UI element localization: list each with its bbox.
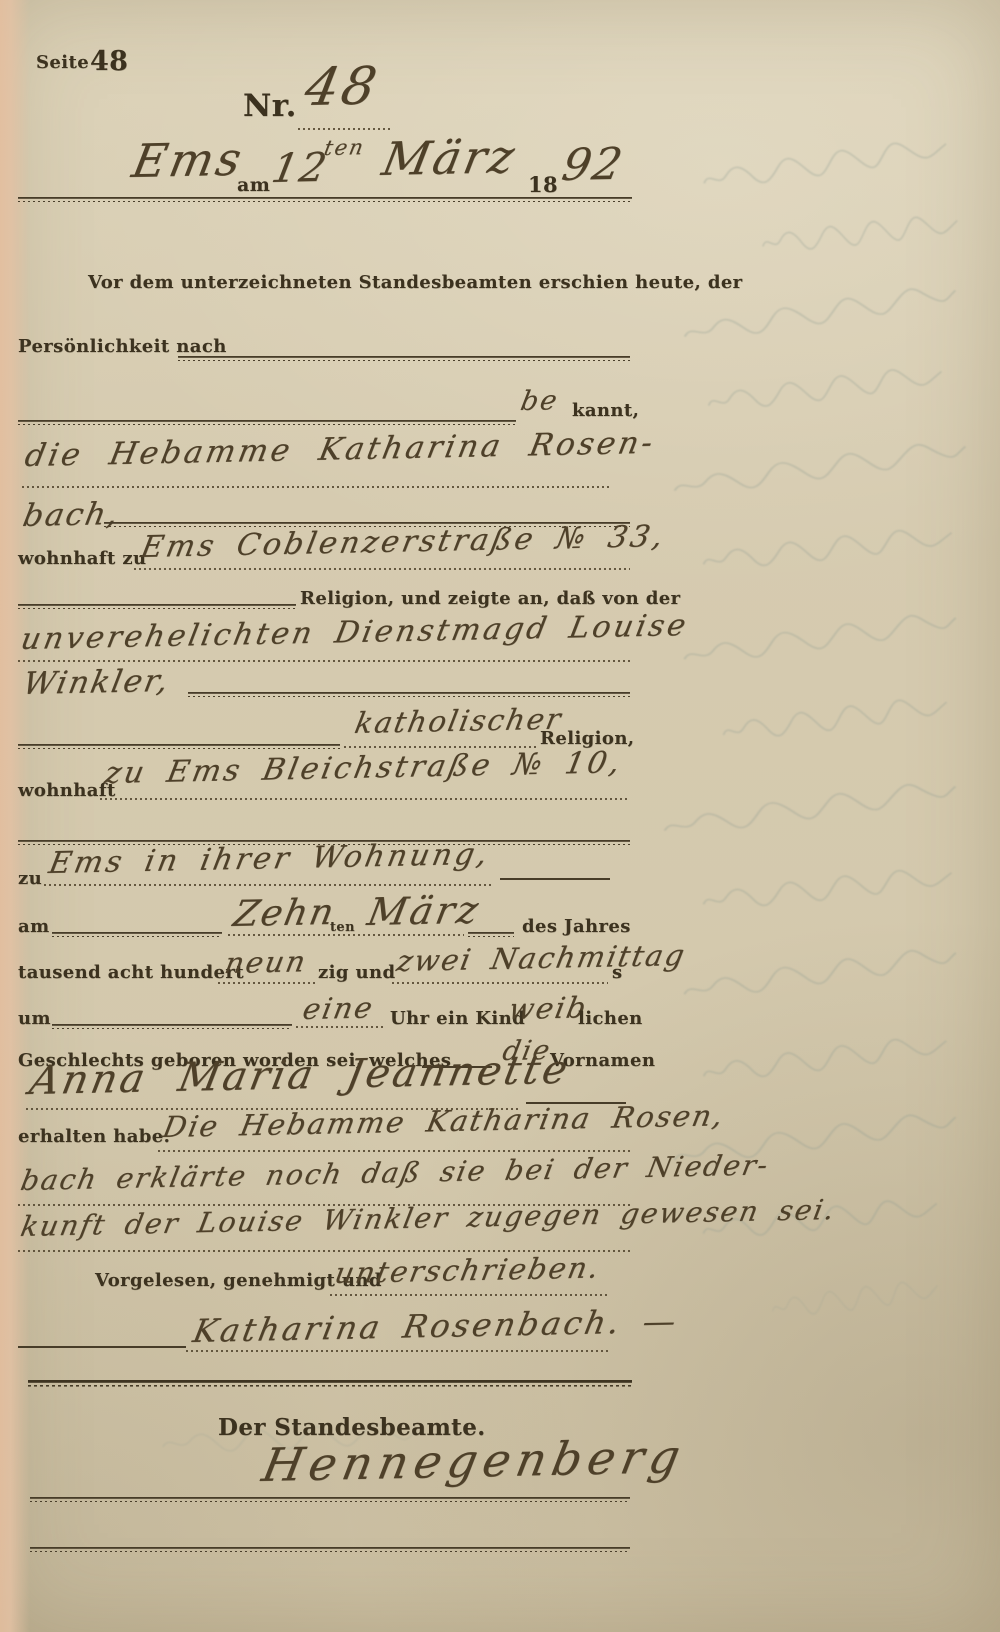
residence2-value: zu Ems Bleichstraße № 10, <box>102 745 626 791</box>
religion2-handwritten: katholischer <box>352 702 565 740</box>
known-handwritten: be <box>518 385 561 417</box>
bleedthrough-script <box>769 1275 941 1322</box>
form-line <box>18 744 340 749</box>
registrar-signature: Hennegenberg <box>258 1429 690 1492</box>
dateline-year: 92 <box>558 139 628 191</box>
intro-line-2: Persönlichkeit nach <box>18 336 227 357</box>
ampm-printed-s: s <box>612 962 623 983</box>
dateline-place: Ems <box>128 132 249 188</box>
form-line <box>392 982 608 984</box>
religion1-printed: Religion, und zeigte an, daß von der <box>300 588 681 609</box>
record-number-label: Nr. <box>243 88 297 124</box>
form-line <box>134 568 630 570</box>
form-line <box>18 660 630 662</box>
intro-line-1: Vor dem unterzeichneten Standesbeamten e… <box>88 272 743 293</box>
year-printed-2: zig und <box>318 962 395 983</box>
form-line <box>158 1150 630 1152</box>
dateline-century: 18 <box>528 172 558 197</box>
birthdate-day-suffix: ten <box>330 920 355 935</box>
page-number-label: Seite <box>36 52 89 73</box>
form-line <box>52 1024 292 1029</box>
mother-line-2: Winkler, <box>20 663 173 702</box>
dateline-month: März <box>378 129 522 186</box>
declarant-line-1: die Hebamme Katharina Rosen- <box>22 425 658 474</box>
birthdate-month: März <box>364 888 485 934</box>
registry-record-page: Seite 48 Nr. 48 Ems am 12 ten März 18 92… <box>0 0 1000 1632</box>
record-number-value: 48 <box>300 57 384 118</box>
bleedthrough-script <box>680 941 961 1006</box>
closing-handwritten: unterschrieben. <box>332 1250 603 1290</box>
closing-rule <box>28 1380 632 1387</box>
dateline-am-label: am <box>237 174 270 196</box>
form-line <box>30 1547 630 1552</box>
birthdate-day: Zehn <box>230 892 339 935</box>
received-printed: erhalten habe. <box>18 1126 170 1147</box>
form-line <box>186 1350 610 1352</box>
form-line <box>296 1026 384 1028</box>
form-line <box>18 420 516 425</box>
form-line <box>468 932 514 937</box>
mother-line-1: unverehelichten Dienstmagd Louise <box>18 608 692 657</box>
form-line <box>228 934 464 936</box>
form-line <box>52 932 222 937</box>
dateline-day-suffix: ten <box>322 135 367 160</box>
bleedthrough-script <box>660 774 961 841</box>
page-binding-edge <box>0 0 30 1632</box>
declarant-signature: Katharina Rosenbach. — <box>190 1302 682 1350</box>
dateline-day: 12 <box>268 145 332 192</box>
year-printed-1: tausend acht hundert <box>18 962 244 983</box>
residence1-label: wohnhaft zu <box>18 548 146 569</box>
known-printed: kannt, <box>572 400 639 421</box>
year-handwritten-1: neun <box>222 944 310 980</box>
birthdate-year-intro: des Jahres <box>522 916 631 937</box>
form-line <box>500 878 610 880</box>
bleedthrough-script <box>759 210 961 257</box>
bleedthrough-script <box>699 1030 950 1086</box>
bleedthrough-script <box>719 691 950 745</box>
form-line <box>18 1346 186 1348</box>
bleedthrough-script <box>699 862 955 915</box>
declarant-line-2: bach, <box>20 496 123 534</box>
birthdate-am-label: am <box>18 916 50 937</box>
form-line <box>218 982 316 984</box>
form-line <box>44 884 494 886</box>
time-label: um <box>18 1008 51 1029</box>
statement-line-2: bach erklärte noch daß sie bei der Niede… <box>18 1148 772 1197</box>
bleedthrough-script <box>704 360 945 415</box>
form-line <box>100 798 630 800</box>
bleedthrough-script <box>699 522 955 575</box>
bleedthrough-script <box>699 133 950 194</box>
bleedthrough-script <box>670 434 971 501</box>
form-line <box>188 692 630 697</box>
form-line <box>298 128 393 130</box>
year-handwritten-2-ampm: zwei Nachmittag <box>394 938 689 978</box>
sex-printed: lichen <box>578 1008 643 1029</box>
birthplace-label: zu <box>18 868 42 889</box>
page-number-value: 48 <box>90 46 128 77</box>
form-line <box>18 197 632 202</box>
form-line <box>22 486 612 488</box>
time-handwritten: eine <box>300 991 377 1026</box>
bleedthrough-script <box>680 606 961 671</box>
form-line <box>330 1294 610 1296</box>
form-line <box>18 604 296 609</box>
form-line <box>30 1497 630 1502</box>
statement-line-1: Die Hebamme Katharina Rosen, <box>160 1098 728 1144</box>
form-line <box>178 356 630 361</box>
